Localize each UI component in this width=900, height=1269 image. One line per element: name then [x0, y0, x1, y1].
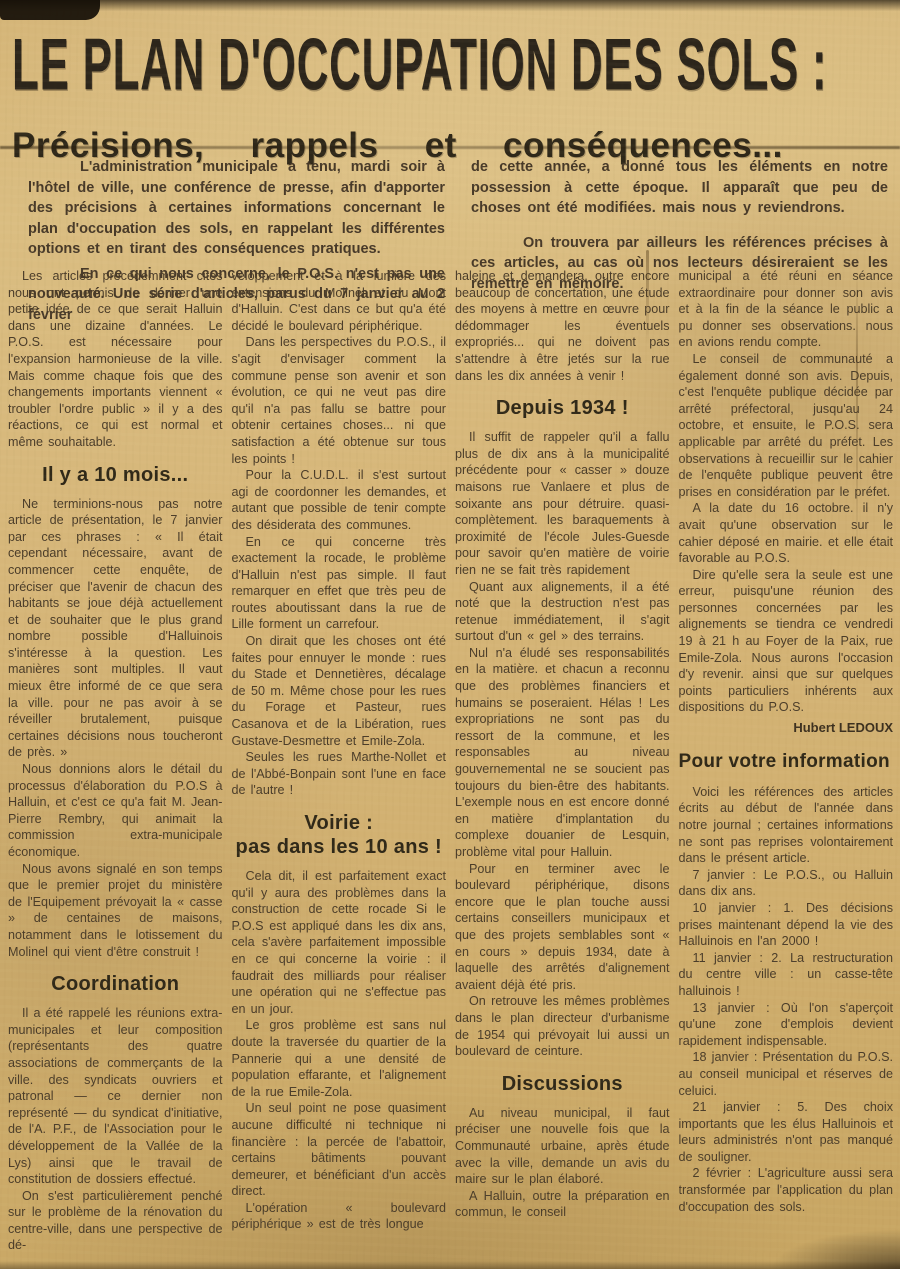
section-heading: Coordination: [8, 972, 223, 996]
article-paragraph: Voici les références des articles écrits…: [679, 784, 894, 867]
scan-edge-bottom: [0, 1261, 900, 1269]
article-paragraph: Quant aux alignements, il a été noté que…: [455, 579, 670, 645]
article-paragraph: Un seul point ne pose quasiment aucune d…: [232, 1100, 447, 1200]
paper-crease: [856, 275, 858, 565]
article-paragraph: Nous avons signalé en son temps que le p…: [8, 861, 223, 961]
article-paragraph: Le conseil de communauté a également don…: [679, 351, 894, 500]
article-column-3: haleine et demandera, outre encore beauc…: [455, 268, 670, 1265]
article-paragraph: On dirait que les choses ont été faites …: [232, 633, 447, 749]
article-paragraph: haleine et demandera, outre encore beauc…: [455, 268, 670, 384]
section-heading: Depuis 1934 !: [455, 396, 670, 420]
article-paragraph: veloppement et à la lumière des extensio…: [232, 268, 447, 334]
section-heading: Il y a 10 mois...: [8, 463, 223, 487]
article-paragraph: On s'est particulièrement penché sur le …: [8, 1188, 223, 1254]
article-body: Les articles précédemment cités nous ont…: [8, 268, 893, 1265]
article-paragraph: 18 janvier : Présentation du P.O.S. au c…: [679, 1049, 894, 1099]
horizontal-rule: [0, 146, 900, 149]
intro-paragraph: L'administration municipale a tenu, mard…: [28, 157, 445, 260]
article-paragraph: A la date du 16 octobre. il n'y avait qu…: [679, 500, 894, 566]
article-paragraph: Le gros problème est sans nul doute la t…: [232, 1017, 447, 1100]
article-paragraph: Il a été rappelé les réunions extra-muni…: [8, 1005, 223, 1188]
article-paragraph: Dans les perspectives du P.O.S., il s'ag…: [232, 334, 447, 467]
article-paragraph: Les articles précédemment cités nous ont…: [8, 268, 223, 451]
byline: Hubert LEDOUX: [679, 720, 894, 735]
article-paragraph: Pour la C.U.D.L. il s'est surtout agi de…: [232, 467, 447, 533]
article-paragraph: L'opération « boulevard périphérique » e…: [232, 1200, 447, 1233]
masthead: LE PLAN D'OCCUPATION DES SOLS : Précisio…: [12, 16, 890, 166]
scan-edge-top: [0, 0, 900, 12]
article-paragraph: Cela dit, il est parfaitement exact qu'i…: [232, 868, 447, 1017]
article-paragraph: Ne terminions-nous pas notre article de …: [8, 496, 223, 762]
article-paragraph: municipal a été réuni en séance extraord…: [679, 268, 894, 351]
article-column-4: municipal a été réuni en séance extraord…: [679, 268, 894, 1265]
article-paragraph: 2 février : L'agriculture aussi sera tra…: [679, 1165, 894, 1215]
article-paragraph: Pour en terminer avec le boulevard périp…: [455, 861, 670, 994]
article-paragraph: 10 janvier : 1. Des décisions prises mai…: [679, 900, 894, 950]
article-paragraph: 13 janvier : Où l'on s'aperçoit qu'une z…: [679, 1000, 894, 1050]
article-paragraph: Seules les rues Marthe-Nollet et de l'Ab…: [232, 749, 447, 799]
info-heading: Pour votre information: [679, 751, 894, 774]
article-paragraph: 11 janvier : 2. La restructuration du ce…: [679, 950, 894, 1000]
scan-corner-top-left: [0, 0, 100, 20]
article-paragraph: Nous donnions alors le détail du process…: [8, 761, 223, 861]
article-column-1: Les articles précédemment cités nous ont…: [8, 268, 223, 1265]
section-heading: Voirie : pas dans les 10 ans !: [232, 811, 447, 859]
article-paragraph: 21 janvier : 5. Des choix importants que…: [679, 1099, 894, 1165]
page-title: LE PLAN D'OCCUPATION DES SOLS :: [12, 23, 827, 107]
intro-paragraph: de cette année, a donné tous les élément…: [471, 157, 888, 219]
article-paragraph: Dire qu'elle sera la seule est une erreu…: [679, 567, 894, 716]
article-paragraph: A Halluin, outre la préparation en commu…: [455, 1188, 670, 1221]
article-paragraph: En ce qui concerne très exactement la ro…: [232, 534, 447, 634]
article-paragraph: Au niveau municipal, il faut préciser un…: [455, 1105, 670, 1188]
paper-crease: [646, 250, 649, 345]
article-column-2: veloppement et à la lumière des extensio…: [232, 268, 447, 1265]
newspaper-page: LE PLAN D'OCCUPATION DES SOLS : Précisio…: [0, 0, 900, 1269]
article-paragraph: 7 janvier : Le P.O.S., ou Halluin dans d…: [679, 867, 894, 900]
article-paragraph: Nul n'a éludé ses responsabilités en la …: [455, 645, 670, 861]
article-paragraph: Il suffit de rappeler qu'il a fallu plus…: [455, 429, 670, 578]
section-heading: Discussions: [455, 1072, 670, 1096]
article-paragraph: On retrouve les mêmes problèmes dans le …: [455, 993, 670, 1059]
